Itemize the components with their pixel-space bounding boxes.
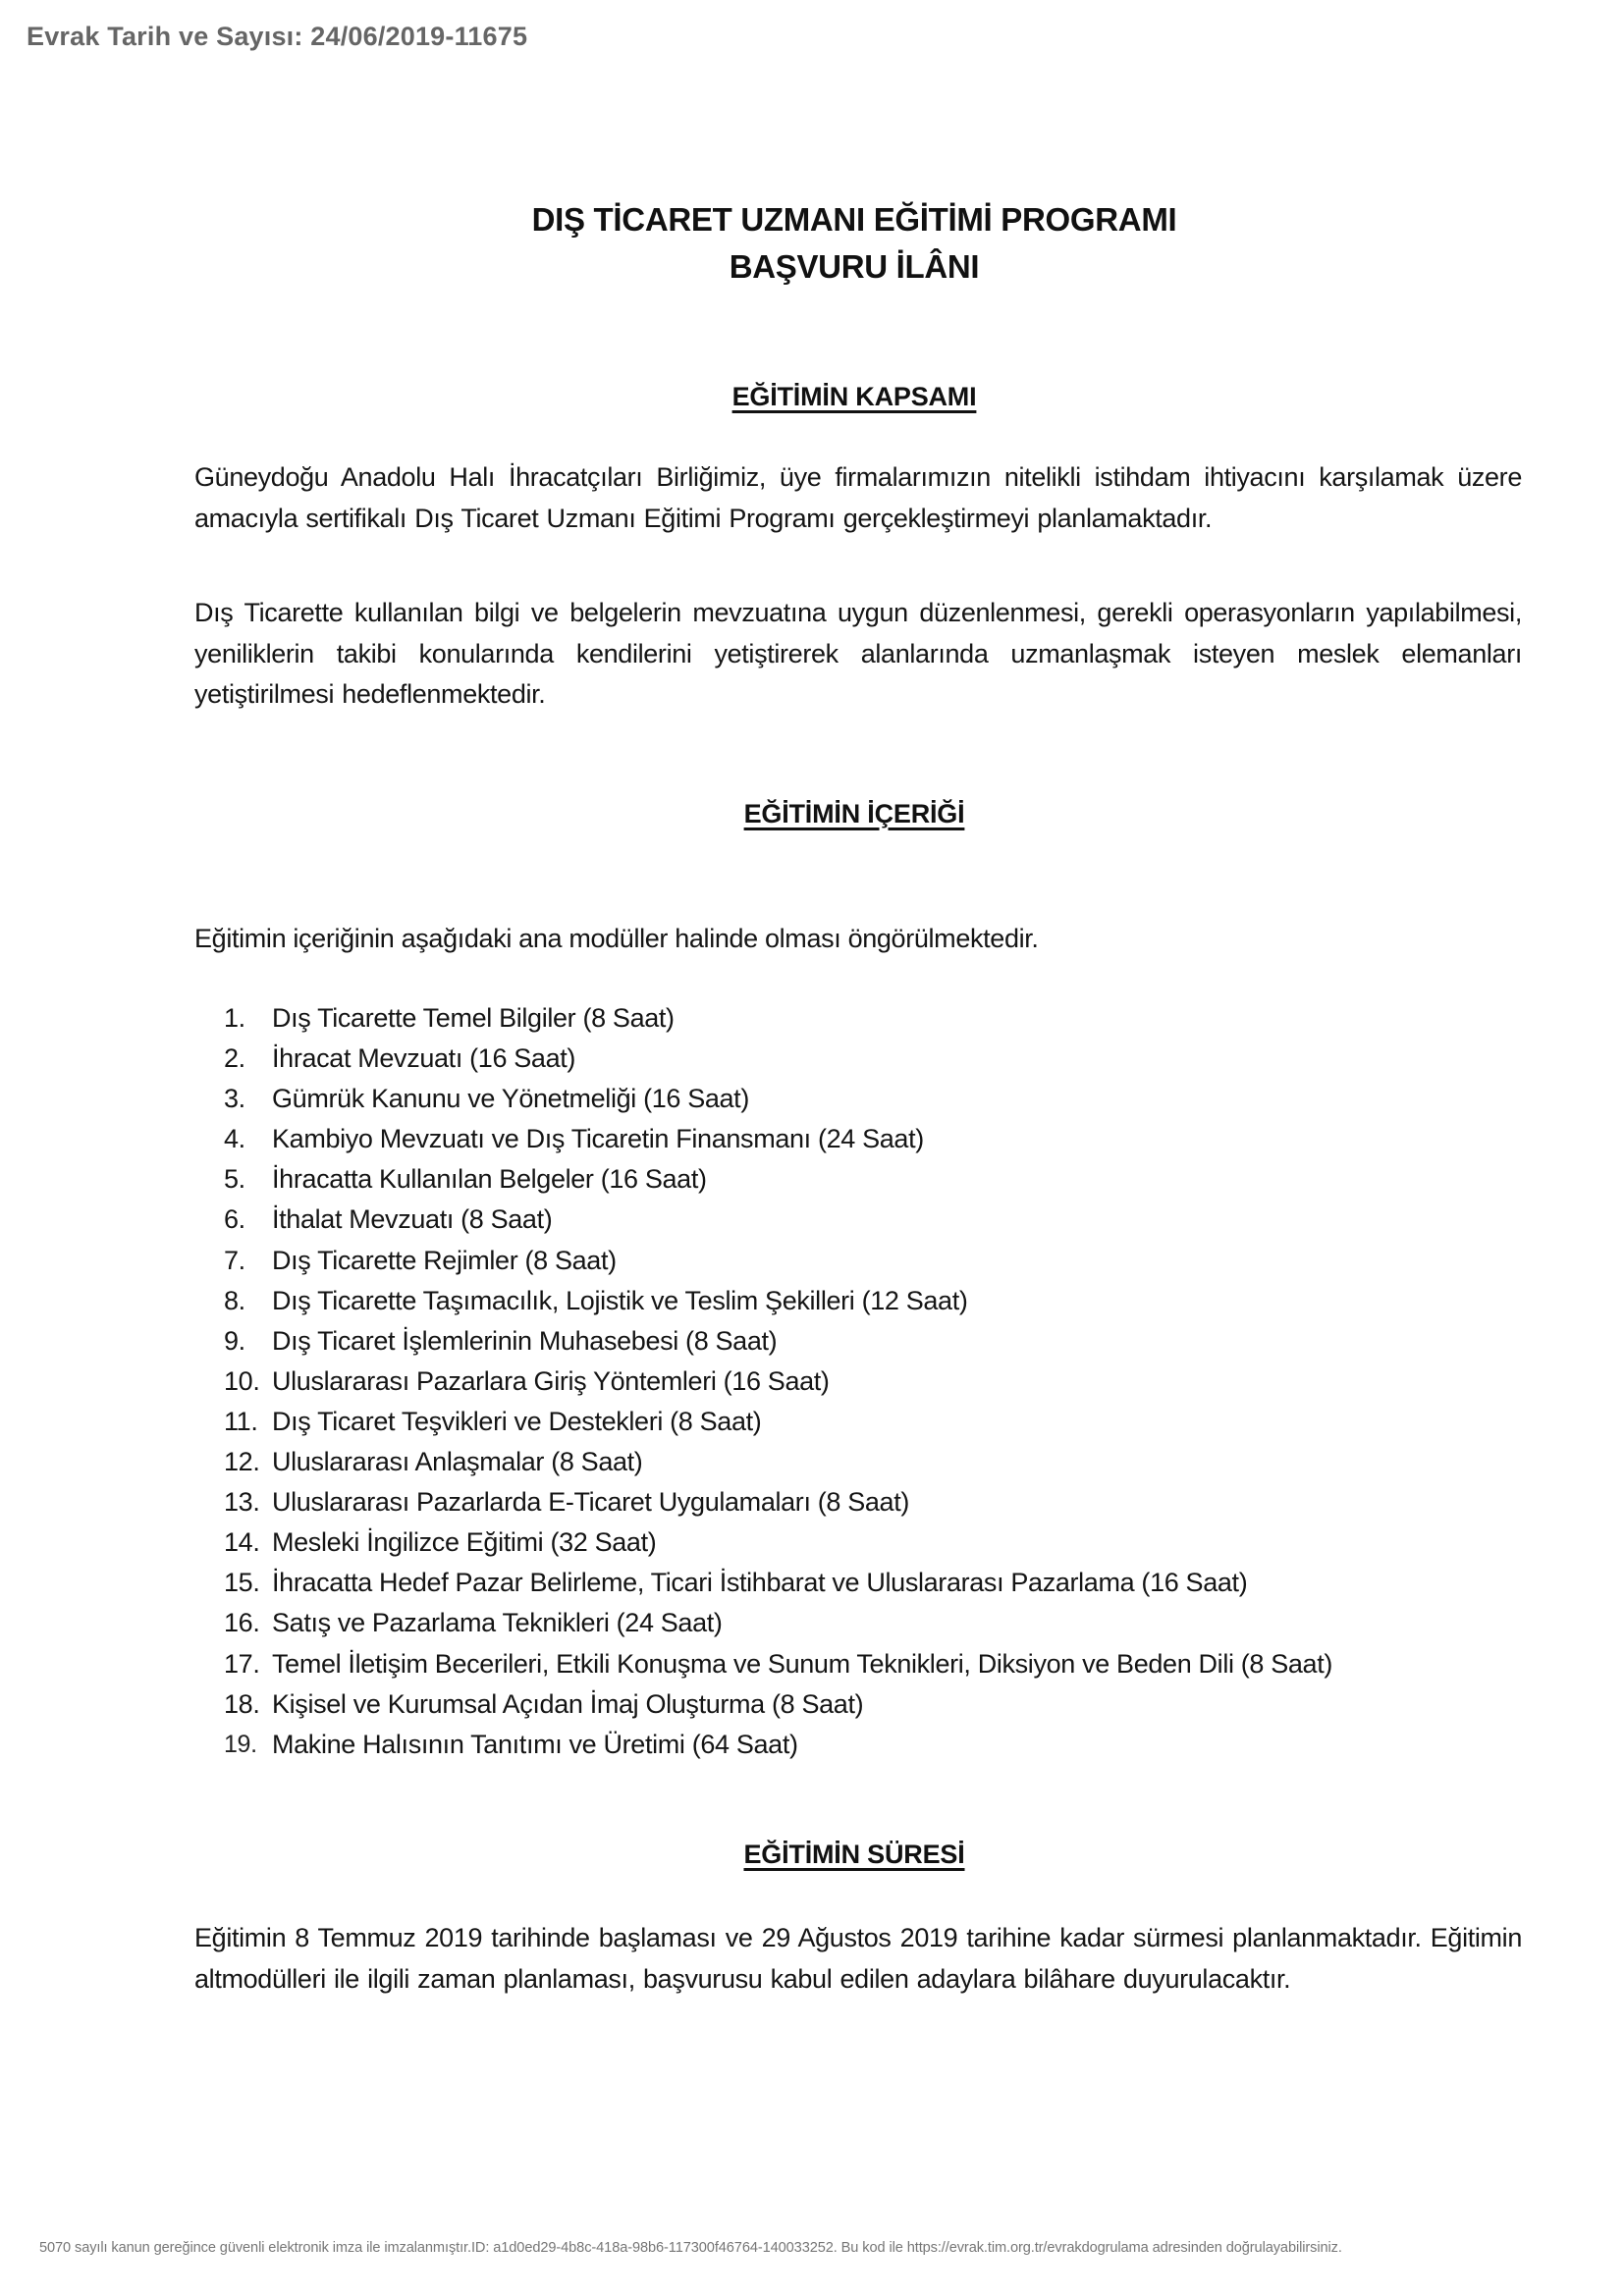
section-heading-content: EĞİTİMİN İÇERİĞİ [0,796,1624,831]
module-number: 5. [224,1159,272,1200]
module-title: Dış Ticarette Temel Bilgiler (8 Saat) [272,998,675,1039]
scope-paragraph-2: Dış Ticarette kullanılan bilgi ve belgel… [194,593,1522,716]
document-date-number: Evrak Tarih ve Sayısı: 24/06/2019-11675 [27,22,527,52]
module-item: 6.İthalat Mevzuatı (8 Saat) [224,1200,1332,1240]
module-item: 8.Dış Ticarette Taşımacılık, Lojistik ve… [224,1281,1332,1321]
module-title: Dış Ticarette Rejimler (8 Saat) [272,1241,617,1281]
module-title: İhracatta Hedef Pazar Belirleme, Ticari … [272,1563,1247,1603]
module-title: Mesleki İngilizce Eğitimi (32 Saat) [272,1522,656,1563]
module-item: 17.Temel İletişim Becerileri, Etkili Kon… [224,1644,1332,1684]
module-number: 14. [224,1522,272,1563]
module-item: 5.İhracatta Kullanılan Belgeler (16 Saat… [224,1159,1332,1200]
module-title: Uluslararası Pazarlarda E-Ticaret Uygula… [272,1482,909,1522]
module-title: Temel İletişim Becerileri, Etkili Konuşm… [272,1644,1332,1684]
module-title: Gümrük Kanunu ve Yönetmeliği (16 Saat) [272,1079,749,1119]
module-item: 18.Kişisel ve Kurumsal Açıdan İmaj Oluşt… [224,1684,1332,1725]
module-item: 9.Dış Ticaret İşlemlerinin Muhasebesi (8… [224,1321,1332,1362]
section-heading-scope: EĞİTİMİN KAPSAMI [0,379,1624,414]
module-title: Dış Ticaret İşlemlerinin Muhasebesi (8 S… [272,1321,777,1362]
duration-paragraph: Eğitimin 8 Temmuz 2019 tarihinde başlama… [194,1918,1522,2000]
module-title: Kambiyo Mevzuatı ve Dış Ticaretin Finans… [272,1119,924,1159]
scope-paragraph-1: Güneydoğu Anadolu Halı İhracatçıları Bir… [194,457,1522,539]
module-title: İthalat Mevzuatı (8 Saat) [272,1200,552,1240]
module-item: 10.Uluslararası Pazarlara Giriş Yöntemle… [224,1362,1332,1402]
duration-heading-text: EĞİTİMİN SÜRESİ [743,1840,964,1869]
module-number: 11. [224,1402,272,1442]
module-title: Satış ve Pazarlama Teknikleri (24 Saat) [272,1603,723,1643]
content-intro: Eğitimin içeriğinin aşağıdaki ana modüll… [194,919,1039,959]
module-number: 12. [224,1442,272,1482]
section-heading-duration: EĞİTİMİN SÜRESİ [0,1837,1624,1872]
scope-heading-text: EĞİTİMİN KAPSAMI [732,382,977,411]
module-number: 2. [224,1039,272,1079]
module-item: 4.Kambiyo Mevzuatı ve Dış Ticaretin Fina… [224,1119,1332,1159]
module-item: 1.Dış Ticarette Temel Bilgiler (8 Saat) [224,998,1332,1039]
module-title: Uluslararası Anlaşmalar (8 Saat) [272,1442,642,1482]
module-item: 14.Mesleki İngilizce Eğitimi (32 Saat) [224,1522,1332,1563]
e-signature-footer: 5070 sayılı kanun gereğince güvenli elek… [39,2240,1610,2256]
module-number: 3. [224,1079,272,1119]
module-number: 18. [224,1684,272,1725]
title-line-2: BAŞVURU İLÂNI [0,243,1624,291]
module-number: 8. [224,1281,272,1321]
module-item: 3.Gümrük Kanunu ve Yönetmeliği (16 Saat) [224,1079,1332,1119]
module-number: 17. [224,1644,272,1684]
module-title: Dış Ticarette Taşımacılık, Lojistik ve T… [272,1281,968,1321]
module-item: 2.İhracat Mevzuatı (16 Saat) [224,1039,1332,1079]
module-item: 15.İhracatta Hedef Pazar Belirleme, Tica… [224,1563,1332,1603]
module-number: 7. [224,1241,272,1281]
module-title: Uluslararası Pazarlara Giriş Yöntemleri … [272,1362,830,1402]
module-item: 11.Dış Ticaret Teşvikleri ve Destekleri … [224,1402,1332,1442]
page-title: DIŞ TİCARET UZMANI EĞİTİMİ PROGRAMI BAŞV… [0,196,1624,291]
module-number: 1. [224,998,272,1039]
module-number: 15. [224,1563,272,1603]
module-number: 9. [224,1321,272,1362]
module-item: 16.Satış ve Pazarlama Teknikleri (24 Saa… [224,1603,1332,1643]
module-item: 12.Uluslararası Anlaşmalar (8 Saat) [224,1442,1332,1482]
module-item: 13.Uluslararası Pazarlarda E-Ticaret Uyg… [224,1482,1332,1522]
content-heading-text: EĞİTİMİN İÇERİĞİ [744,799,965,828]
module-number: 19. [224,1725,272,1765]
module-number: 16. [224,1603,272,1643]
module-title: İhracat Mevzuatı (16 Saat) [272,1039,575,1079]
module-number: 13. [224,1482,272,1522]
module-number: 6. [224,1200,272,1240]
module-item: 7.Dış Ticarette Rejimler (8 Saat) [224,1241,1332,1281]
module-title: Makine Halısının Tanıtımı ve Üretimi (64… [272,1725,798,1765]
module-title: Kişisel ve Kurumsal Açıdan İmaj Oluşturm… [272,1684,863,1725]
module-title: Dış Ticaret Teşvikleri ve Destekleri (8 … [272,1402,761,1442]
module-item: 19.Makine Halısının Tanıtımı ve Üretimi … [224,1725,1332,1765]
module-number: 10. [224,1362,272,1402]
title-line-1: DIŞ TİCARET UZMANI EĞİTİMİ PROGRAMI [0,196,1624,243]
module-number: 4. [224,1119,272,1159]
module-title: İhracatta Kullanılan Belgeler (16 Saat) [272,1159,707,1200]
module-list: 1.Dış Ticarette Temel Bilgiler (8 Saat)2… [224,998,1332,1765]
